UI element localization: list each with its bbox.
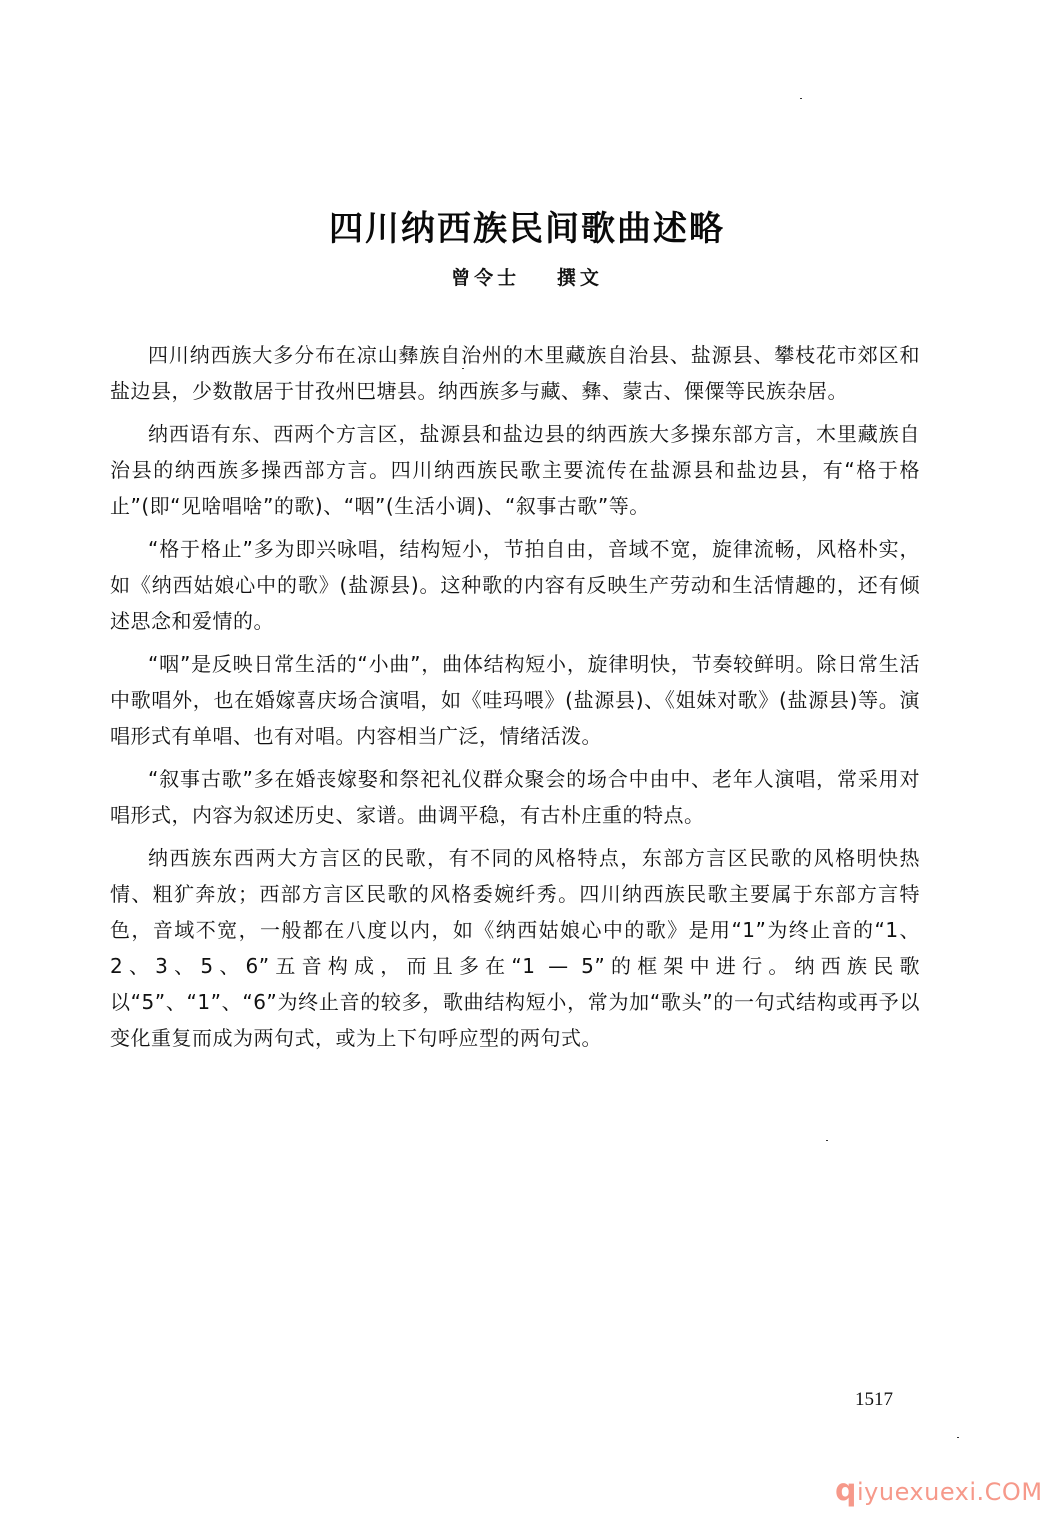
paragraph-dialects: 纳西语有东、西两个方言区，盐源县和盐边县的纳西族大多操东部方言，木里藏族自治县的… <box>110 416 920 524</box>
scan-speck <box>462 368 464 369</box>
watermark-logo-letter: q <box>835 1473 857 1508</box>
paragraph-style-features: 纳西族东西两大方言区的民歌，有不同的风格特点，东部方言区民歌的风格明快热情、粗犷… <box>110 840 920 1056</box>
article-body: 四川纳西族大多分布在凉山彝族自治州的木里藏族自治县、盐源县、攀枝花市郊区和盐边县… <box>110 337 920 1063</box>
author-role: 撰文 <box>557 267 603 289</box>
article-title: 四川纳西族民间歌曲述略 <box>0 201 1054 250</box>
document-page: 四川纳西族民间歌曲述略 曾令士 撰文 四川纳西族大多分布在凉山彝族自治州的木里藏… <box>0 0 1054 1514</box>
watermark-text: iyuexuexi.COM <box>857 1478 1043 1506</box>
page-number: 1517 <box>855 1389 893 1411</box>
site-watermark: qiyuexuexi.COM <box>835 1473 1043 1508</box>
scan-speck <box>800 98 802 99</box>
paragraph-yan: “咽”是反映日常生活的“小曲”，曲体结构短小，旋律明快，节奏较鲜明。除日常生活中… <box>110 646 920 754</box>
author-name: 曾令士 <box>451 267 520 289</box>
author-line: 曾令士 撰文 <box>0 263 1054 290</box>
paragraph-distribution: 四川纳西族大多分布在凉山彝族自治州的木里藏族自治县、盐源县、攀枝花市郊区和盐边县… <box>110 337 920 409</box>
paragraph-narrative-songs: “叙事古歌”多在婚丧嫁娶和祭祀礼仪群众聚会的场合中由中、老年人演唱，常采用对唱形… <box>110 761 920 833</box>
paragraph-geyugezhi: “格于格止”多为即兴咏唱，结构短小，节拍自由，音域不宽，旋律流畅，风格朴实，如《… <box>110 531 920 639</box>
scan-speck <box>826 1140 828 1141</box>
scan-speck <box>957 1437 959 1438</box>
